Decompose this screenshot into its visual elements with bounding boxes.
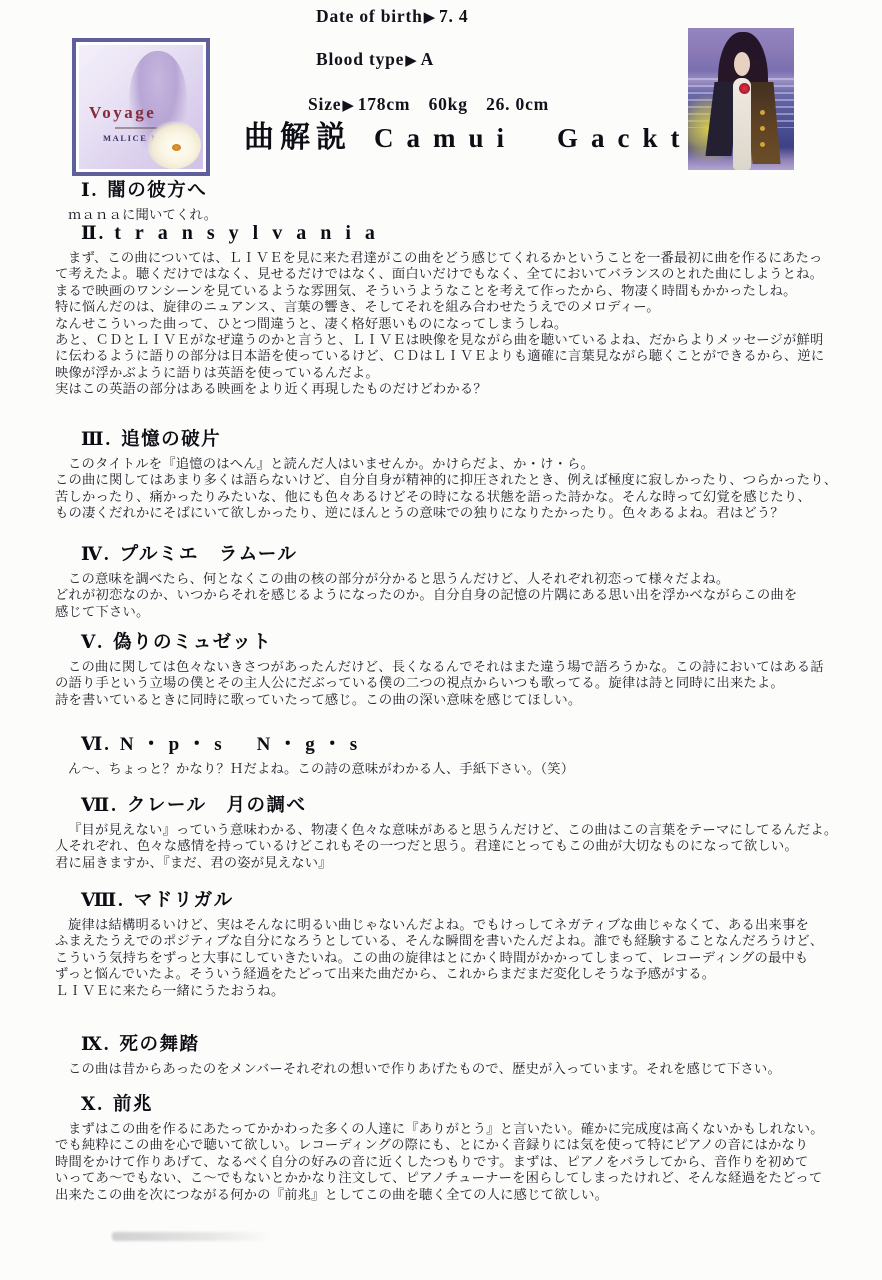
date-of-birth-value: 7. 4 [439, 6, 468, 26]
jacket-button [760, 142, 765, 147]
section-numeral: Ⅶ. [81, 796, 118, 816]
song-section-8: Ⅷ.マドリガル 旋律は結構明るいけど、実はそんなに明るい曲じゃないんだよね。でも… [55, 886, 877, 999]
blood-type-label: Blood type [316, 49, 404, 69]
body-line: 『目が見えない』っていう意味わかる、物凄く色々な意味があると思うんだけど、この曲… [55, 822, 877, 838]
blood-type-value: A [421, 49, 434, 69]
section-body: この意味を調べたら、何となくこの曲の核の部分が分かると思うんだけど、人それぞれ初… [55, 571, 877, 620]
body-line: 感じて下さい。 [55, 604, 877, 620]
rose-accent [739, 83, 750, 94]
section-heading: Ⅳ.プルミエ ラムール [55, 540, 877, 566]
song-section-5: Ⅴ.偽りのミュゼット この曲に関しては色々ないきさつがあったんだけど、長くなるん… [55, 628, 877, 708]
section-title: マドリガル [134, 891, 234, 911]
section-heading: Ⅰ.闇の彼方へ [55, 176, 877, 202]
body-line: ｍａｎａに聞いてくれ。 [55, 207, 877, 223]
section-heading: Ⅶ.クレール 月の調べ [55, 791, 877, 817]
song-section-1: Ⅰ.闇の彼方へ ｍａｎａに聞いてくれ。 [55, 176, 877, 223]
section-title: 闇の彼方へ [107, 181, 207, 201]
album-title: Voyage [89, 103, 156, 123]
body-line: あと、ＣＤとＬＩＶＥがなぜ違うのかと言うと、ＬＩＶＥは映像を見ながら曲を聴いてい… [55, 332, 877, 348]
section-body: 旋律は結構明るいけど、実はそんなに明るい曲じゃないんだよね。でもけっしてネガティ… [55, 917, 877, 999]
song-section-2: Ⅱ.transylvania まず、この曲については、ＬＩＶＥを見に来た君達がこ… [55, 222, 877, 398]
body-line: この曲は昔からあったのをメンバーそれぞれの想いで作りあげたもので、歴史が入ってい… [55, 1061, 877, 1077]
blood-type-row: Blood type▶A [316, 49, 434, 70]
body-line: て考えたよ。聴くだけではなく、見せるだけではなく、面白いだけでもなく、全てにおい… [55, 266, 877, 282]
song-section-3: Ⅲ.追憶の破片 このタイトルを『追憶のはへん』と読んだ人はいませんか。かけらだよ… [55, 425, 877, 522]
section-heading: Ⅹ.前兆 [55, 1090, 877, 1116]
section-title: 偽りのミュゼット [113, 633, 272, 653]
body-line: 苦しかったり、痛かったりみたいな、他にも色々あるけどその時になる状態を語った詩か… [55, 489, 877, 505]
song-commentary-label: 曲解説 [244, 121, 352, 154]
artist-photo [688, 28, 794, 170]
jacket-button [760, 110, 765, 115]
body-line: 出来たこの曲を次につながる何かの『前兆』としてこの曲を聴く全ての人に感じて欲しい… [55, 1187, 877, 1203]
triangle-icon: ▶ [405, 53, 417, 69]
section-body: 『目が見えない』っていう意味わかる、物凄く色々な意味があると思うんだけど、この曲… [55, 822, 877, 871]
body-line: 時間をかけて作りあげて、なるべく自分の好みの音に近くしたつもりです。まずは、ピア… [55, 1154, 877, 1170]
body-line: ＬＩＶＥに来たら一緒にうたおうね。 [55, 983, 877, 999]
section-numeral: Ⅲ. [81, 430, 112, 450]
date-of-birth-row: Date of birth▶7. 4 [316, 6, 468, 27]
body-line: まず、この曲については、ＬＩＶＥを見に来た君達がこの曲をどう感じてくれるかという… [55, 250, 877, 266]
body-line: 人それぞれ、色々な感情を持っているけどこれもその一つだと思う。君達にとってもこの… [55, 838, 877, 854]
song-section-9: Ⅸ.死の舞踏 この曲は昔からあったのをメンバーそれぞれの想いで作りあげたもので、… [55, 1030, 877, 1077]
body-line: なんせこういった曲って、ひとつ間違うと、凄く格好悪いものになってしまうしね。 [55, 316, 877, 332]
triangle-icon: ▶ [424, 10, 436, 26]
section-numeral: Ⅸ. [81, 1035, 110, 1055]
artist-name: Camui Gackt [374, 123, 693, 153]
scan-smudge-artifact [112, 1232, 272, 1241]
section-body: このタイトルを『追憶のはへん』と読んだ人はいませんか。かけらだよ、か・け・ら。 … [55, 456, 877, 522]
section-numeral: Ⅰ. [81, 181, 98, 201]
body-line: ずっと悩んでいたよ。そういう経過をたどって出来た曲だから、これからまだまだ変化し… [55, 966, 877, 982]
section-numeral: Ⅴ. [81, 633, 104, 653]
body-line: の語り手という立場の僕とその主人公にだぶっている僕の二つの視点からいつも歌ってる… [55, 675, 877, 691]
body-line: どれが初恋なのか、いつからそれを感じるようになったのか。自分自身の記憶の片隅にあ… [55, 587, 877, 603]
scanned-page: Voyage MALICE MIZER Date of birth▶7. 4 B… [0, 0, 882, 1280]
body-line: 君に届きますか、『まだ、君の姿が見えない』 [55, 855, 877, 871]
lily-flower-center [172, 144, 181, 151]
section-body: まずはこの曲を作るにあたってかかわった多くの人達に『ありがとう』と言いたい。確か… [55, 1121, 877, 1203]
section-body: ｍａｎａに聞いてくれ。 [55, 207, 877, 223]
body-line: この意味を調べたら、何となくこの曲の核の部分が分かると思うんだけど、人それぞれ初… [55, 571, 877, 587]
song-section-6: Ⅵ.N・p・s N・g・s ん〜、ちょっと？かなり？Ｈだよね。この詩の意味がわか… [55, 729, 877, 777]
song-section-10: Ⅹ.前兆 まずはこの曲を作るにあたってかかわった多くの人達に『ありがとう』と言い… [55, 1090, 877, 1203]
body-line: いってあ〜でもない、こ〜でもないとかかなり注文して、ピアノチューナーを困らしてし… [55, 1170, 877, 1186]
body-line: 特に悩んだのは、旋律のニュアンス、言葉の響き、そしてそれを組み合わせたうえでのメ… [55, 299, 877, 315]
body-line: まずはこの曲を作るにあたってかかわった多くの人達に『ありがとう』と言いたい。確か… [55, 1121, 877, 1137]
section-heading: Ⅲ.追憶の破片 [55, 425, 877, 451]
section-body: まず、この曲については、ＬＩＶＥを見に来た君達がこの曲をどう感じてくれるかという… [55, 250, 877, 398]
size-label: Size [308, 94, 341, 114]
body-line: 映像が浮かぶように語りは英語を使っているんだよ。 [55, 365, 877, 381]
body-line: こういう気持ちをずっと大事にしていきたいね。この曲の旋律はとにかく時間がかかって… [55, 950, 877, 966]
body-line: ん〜、ちょっと？かなり？Ｈだよね。この詩の意味がわかる人、手紙下さい。（笑） [55, 761, 877, 777]
size-value: 178cm 60kg 26. 0cm [358, 94, 549, 114]
song-section-4: Ⅳ.プルミエ ラムール この意味を調べたら、何となくこの曲の核の部分が分かると思… [55, 540, 877, 620]
album-subtitle-rule [115, 127, 157, 129]
body-line: 旋律は結構明るいけど、実はそんなに明るい曲じゃないんだよね。でもけっしてネガティ… [55, 917, 877, 933]
album-cover-image: Voyage MALICE MIZER [72, 38, 210, 176]
section-heading: Ⅱ.transylvania [55, 222, 877, 245]
body-line: このタイトルを『追憶のはへん』と読んだ人はいませんか。かけらだよ、か・け・ら。 [55, 456, 877, 472]
section-numeral: Ⅹ. [81, 1095, 104, 1115]
photo-figure-face [734, 52, 750, 76]
date-of-birth-label: Date of birth [316, 6, 423, 26]
section-title: N・p・s N・g・s [120, 734, 365, 755]
section-title: 前兆 [113, 1095, 153, 1115]
section-heading: Ⅴ.偽りのミュゼット [55, 628, 877, 654]
body-line: この曲に関してはあまり多くは語らないけど、自分自身が精神的に抑圧されたとき、例え… [55, 472, 877, 488]
section-title: 死の舞踏 [119, 1035, 199, 1055]
section-body: この曲に関しては色々ないきさつがあったんだけど、長くなるんでそれはまた違う場で語… [55, 659, 877, 708]
body-line: でも純粋にこの曲を心で聴いて欲しい。レコーディングの際にも、とにかく音録りには気… [55, 1137, 877, 1153]
section-numeral: Ⅷ. [81, 891, 125, 911]
section-heading: Ⅵ.N・p・s N・g・s [55, 729, 877, 756]
section-title: クレール 月の調べ [127, 796, 307, 816]
body-line: まるで映画のワンシーンを見ているような雰囲気、そういうようなことを考えて作ったか… [55, 283, 877, 299]
body-line: に伝わるように語りの部分は日本語を使っているけど、ＣＤはＬＩＶＥよりも適確に言葉… [55, 348, 877, 364]
section-numeral: Ⅳ. [81, 545, 111, 565]
section-numeral: Ⅱ. [81, 224, 105, 244]
song-section-7: Ⅶ.クレール 月の調べ 『目が見えない』っていう意味わかる、物凄く色々な意味があ… [55, 791, 877, 871]
body-line: もの凄くだれかにそばにいて欲しかったり、逆にほんとうの意味での独りになりたかった… [55, 505, 877, 521]
body-line: ふまえたうえでのポジティブな自分になろうとしている、そんな瞬間を書いたんだよね。… [55, 933, 877, 949]
jacket-button [760, 126, 765, 131]
page-title: 曲解説Camui Gackt [244, 112, 693, 156]
section-body: この曲は昔からあったのをメンバーそれぞれの想いで作りあげたもので、歴史が入ってい… [55, 1061, 877, 1077]
section-heading: Ⅷ.マドリガル [55, 886, 877, 912]
section-numeral: Ⅵ. [81, 735, 111, 755]
section-heading: Ⅸ.死の舞踏 [55, 1030, 877, 1056]
album-cover-artwork: Voyage MALICE MIZER [79, 45, 203, 169]
section-title: 追憶の破片 [121, 430, 221, 450]
section-title: プルミエ ラムール [120, 545, 298, 565]
body-line: 詩を書いているときに同時に歌っていたって感じ。この曲の深い意味を感じてほしい。 [55, 692, 877, 708]
section-body: ん〜、ちょっと？かなり？Ｈだよね。この詩の意味がわかる人、手紙下さい。（笑） [55, 761, 877, 777]
body-line: この曲に関しては色々ないきさつがあったんだけど、長くなるんでそれはまた違う場で語… [55, 659, 877, 675]
section-title: transylvania [114, 222, 389, 244]
body-line: 実はこの英語の部分はある映画をより近く再現したものだけどわかる？ [55, 381, 877, 397]
